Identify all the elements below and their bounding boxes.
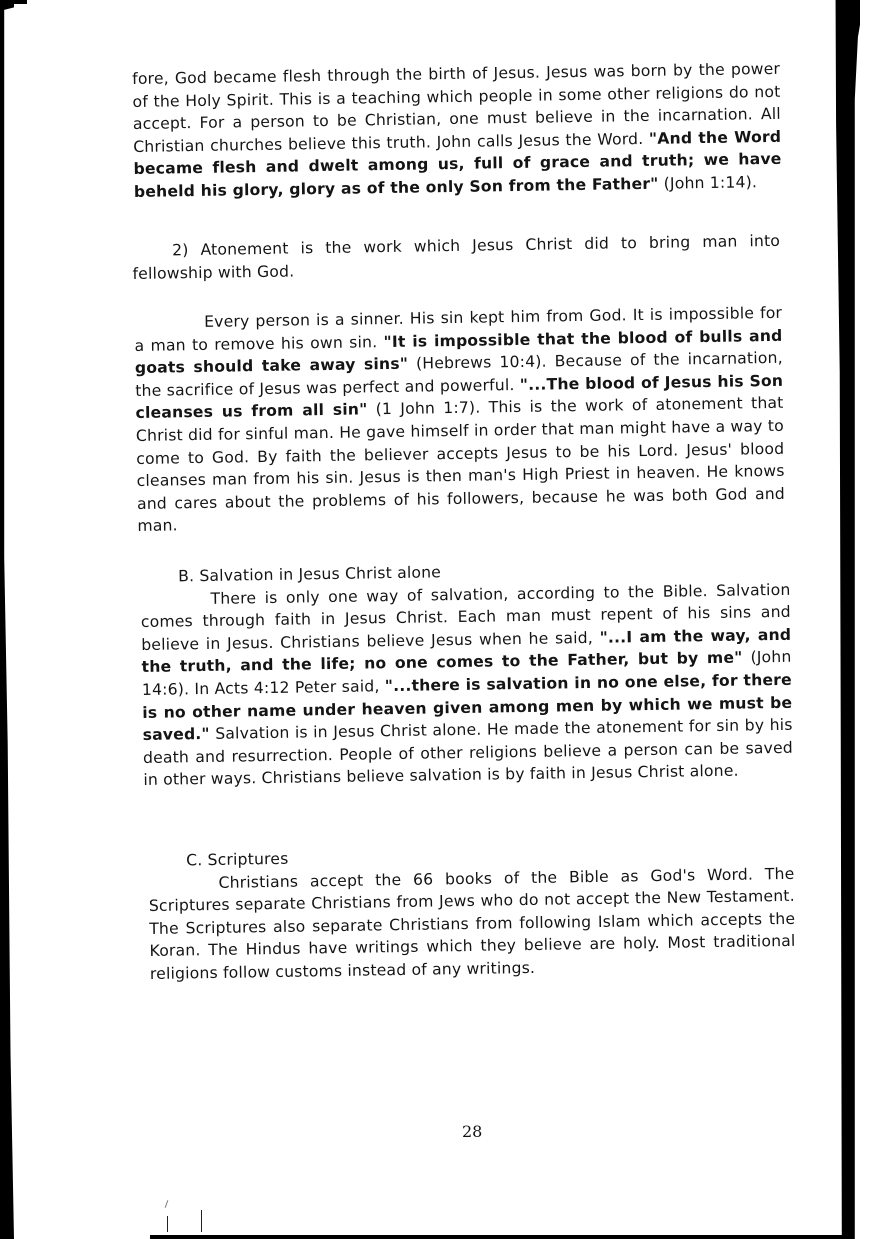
paragraph-body: Christians accept the 66 books of the Bi… — [148, 862, 796, 985]
paragraph-atonement-definition: 2) Atonement is the work which Jesus Chr… — [132, 230, 781, 285]
scan-edge-bottom — [150, 1235, 850, 1239]
page-number: 28 — [462, 1122, 482, 1141]
section-scriptures: C. Scriptures Christians accept the 66 b… — [148, 840, 796, 986]
scan-edge-left — [0, 0, 14, 1239]
scanned-page: fore, God became flesh through the birth… — [0, 0, 872, 1239]
scan-mark — [167, 1216, 168, 1232]
paragraph-body: fore, God became flesh through the birth… — [132, 58, 782, 204]
paragraph-atonement-explanation: Every person is a sinner. His sin kept h… — [134, 302, 785, 538]
body-text: Christians accept the 66 books of the Bi… — [149, 864, 796, 983]
paragraph-body: There is only one way of salvation, acco… — [140, 578, 793, 792]
scan-mark — [201, 1210, 202, 1232]
body-text: 2) Atonement is the work which Jesus Chr… — [132, 232, 780, 283]
scan-edge-right — [834, 0, 860, 1239]
body-text: Salvation is in Jesus Christ alone. He m… — [143, 716, 793, 789]
section-salvation: B. Salvation in Jesus Christ alone There… — [140, 556, 793, 792]
paragraph-body: 2) Atonement is the work which Jesus Chr… — [132, 230, 781, 285]
paragraph-body: Every person is a sinner. His sin kept h… — [134, 302, 785, 538]
paragraph-incarnation: fore, God became flesh through the birth… — [132, 58, 782, 204]
body-text: (John 1:14). — [658, 173, 757, 193]
scan-mark — [165, 1200, 169, 1208]
